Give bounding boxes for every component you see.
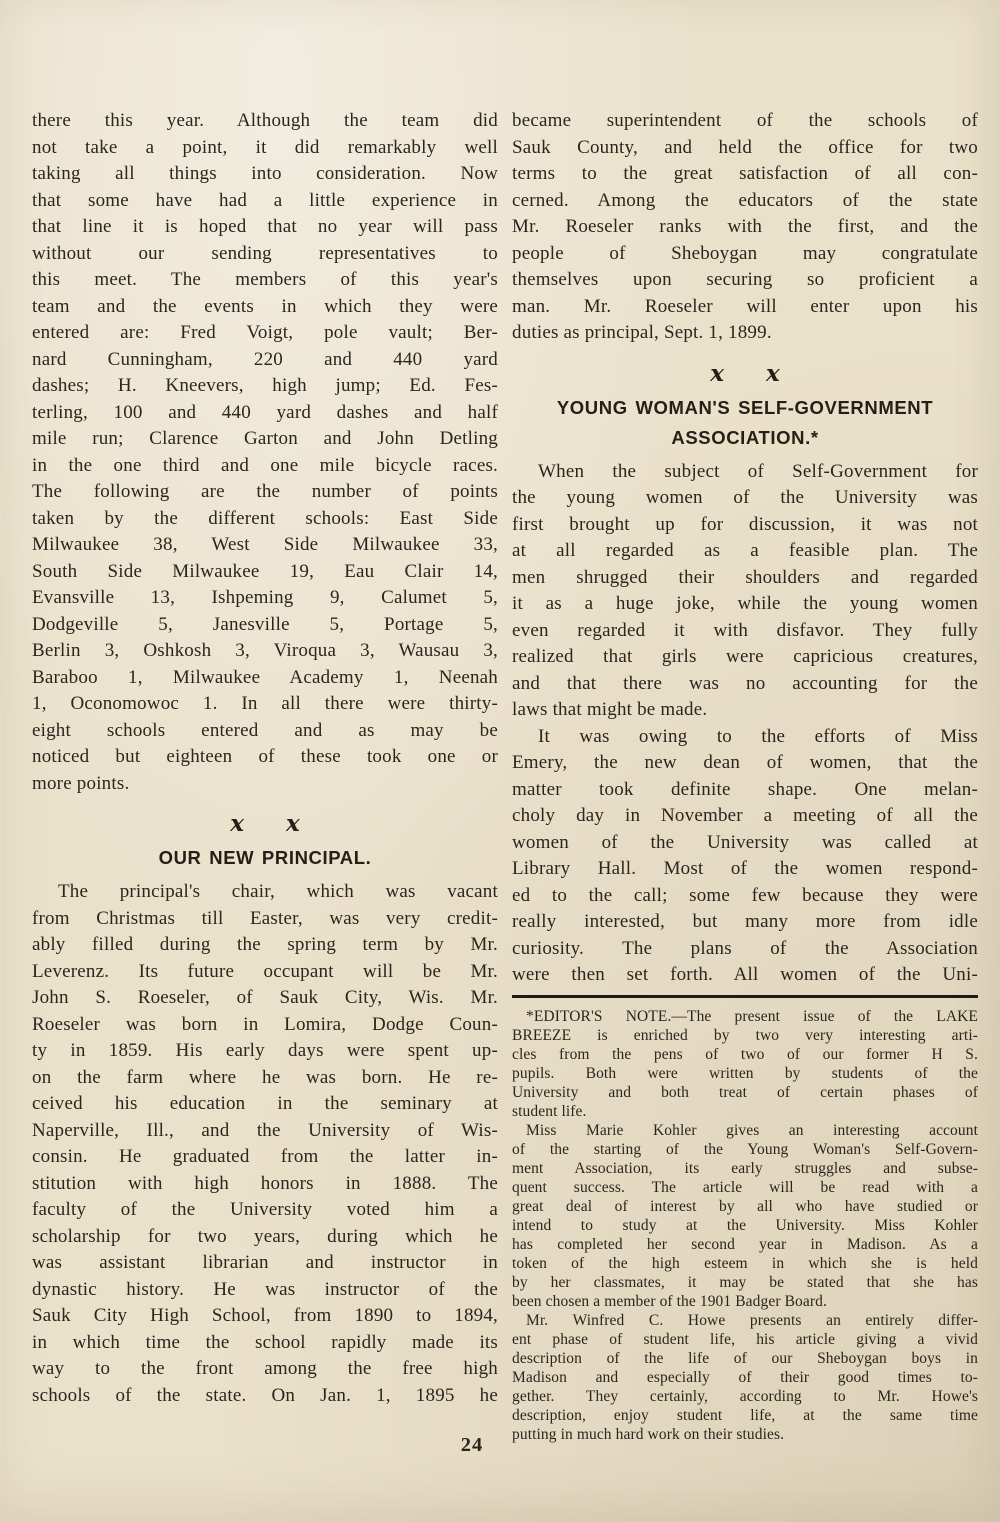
text-line: that line it is hoped that no year will … <box>32 214 498 241</box>
text-line: people of Sheboygan may congratulate <box>512 241 978 268</box>
text-line: Berlin 3, Oshkosh 3, Viroqua 3, Wausau 3… <box>32 638 498 665</box>
page-number: 24 <box>452 1434 492 1457</box>
text-line: stitution with high honors in 1888. The <box>32 1171 498 1198</box>
text-line: that some have had a little experience i… <box>32 188 498 215</box>
footnote-paragraph: Mr. Winfred C. Howe presents an entirely… <box>512 1311 978 1444</box>
text-line: consin. He graduated from the latter in- <box>32 1144 498 1171</box>
text-line: has completed her second year in Madison… <box>512 1235 978 1254</box>
text-line: Baraboo 1, Milwaukee Academy 1, Neenah <box>32 665 498 692</box>
text-line: men shrugged their shoulders and regarde… <box>512 565 978 592</box>
text-line: without our sending representatives to <box>32 241 498 268</box>
text-line: nard Cunningham, 220 and 440 yard <box>32 347 498 374</box>
text-line: *EDITOR'S NOTE.—The present issue of the… <box>512 1007 978 1026</box>
text-line: team and the events in which they were <box>32 294 498 321</box>
text-line: Naperville, Ill., and the University of … <box>32 1118 498 1145</box>
text-line: pupils. Both were written by students of… <box>512 1064 978 1083</box>
footnote-separator-rule <box>512 995 978 998</box>
text-line: there this year. Although the team did <box>32 108 498 135</box>
text-line: Sauk City High School, from 1890 to 1894… <box>32 1303 498 1330</box>
text-line: at all regarded as a feasible plan. The <box>512 538 978 565</box>
left-column: there this year. Although the team didno… <box>32 108 498 1409</box>
body-paragraph: The principal's chair, which was vacantf… <box>32 879 498 1409</box>
body-paragraph: When the subject of Self-Government fort… <box>512 459 978 724</box>
text-line: became superintendent of the schools of <box>512 108 978 135</box>
text-line: scholarship for two years, during which … <box>32 1224 498 1251</box>
text-line: first brought up for discussion, it was … <box>512 512 978 539</box>
text-line: description, enjoy student life, at the … <box>512 1406 978 1425</box>
text-line: on the farm where he was born. He re- <box>32 1065 498 1092</box>
text-line: in which time the school rapidly made it… <box>32 1330 498 1357</box>
text-line: from Christmas till Easter, was very cre… <box>32 906 498 933</box>
body-paragraph: It was owing to the efforts of MissEmery… <box>512 724 978 989</box>
text-line: Sauk County, and held the office for two <box>512 135 978 162</box>
text-line: curiosity. The plans of the Association <box>512 936 978 963</box>
text-line: schools of the state. On Jan. 1, 1895 he <box>32 1383 498 1410</box>
text-line: ment Association, its early struggles an… <box>512 1159 978 1178</box>
text-line: was assistant librarian and instructor i… <box>32 1250 498 1277</box>
heading-line: OUR NEW PRINCIPAL. <box>32 843 498 873</box>
text-line: mile run; Clarence Garton and John Detli… <box>32 426 498 453</box>
text-line: Madison and especially of their good tim… <box>512 1368 978 1387</box>
text-line: and that there was no accounting for the <box>512 671 978 698</box>
text-line: ceived his education in the seminary at <box>32 1091 498 1118</box>
text-line: student life. <box>512 1102 978 1121</box>
text-line: 1, Oconomowoc 1. In all there were thirt… <box>32 691 498 718</box>
text-line: Library Hall. Most of the women respond- <box>512 856 978 883</box>
text-line: choly day in November a meeting of all t… <box>512 803 978 830</box>
text-line: more points. <box>32 771 498 798</box>
text-line: putting in much hard work on their studi… <box>512 1425 978 1444</box>
text-line: quent success. The article will be read … <box>512 1178 978 1197</box>
text-line: Leverenz. Its future occupant will be Mr… <box>32 959 498 986</box>
text-line: it as a huge joke, while the young women <box>512 591 978 618</box>
text-line: ent phase of student life, his article g… <box>512 1330 978 1349</box>
text-line: entered are: Fred Voigt, pole vault; Ber… <box>32 320 498 347</box>
text-line: ed to the call; some few because they we… <box>512 883 978 910</box>
text-line: Miss Marie Kohler gives an interesting a… <box>512 1121 978 1140</box>
text-line: Milwaukee 38, West Side Milwaukee 33, <box>32 532 498 559</box>
text-line: Mr. Winfred C. Howe presents an entirely… <box>512 1311 978 1330</box>
text-line: taking all things into consideration. No… <box>32 161 498 188</box>
text-line: man. Mr. Roeseler will enter upon his <box>512 294 978 321</box>
text-line: even regarded it with disfavor. They ful… <box>512 618 978 645</box>
text-line: gether. They certainly, according to Mr.… <box>512 1387 978 1406</box>
text-line: been chosen a member of the 1901 Badger … <box>512 1292 978 1311</box>
text-line: dynastic history. He was instructor of t… <box>32 1277 498 1304</box>
text-line: matter took definite shape. One melan- <box>512 777 978 804</box>
text-line: of the starting of the Young Woman's Sel… <box>512 1140 978 1159</box>
text-line: by her classmates, it may be stated that… <box>512 1273 978 1292</box>
text-line: Evansville 13, Ishpeming 9, Calumet 5, <box>32 585 498 612</box>
text-line: really interested, but many more from id… <box>512 909 978 936</box>
scanned-magazine-page: there this year. Although the team didno… <box>0 0 1000 1522</box>
text-line: ty in 1859. His early days were spent up… <box>32 1038 498 1065</box>
text-line: eight schools entered and as may be <box>32 718 498 745</box>
section-heading: OUR NEW PRINCIPAL. <box>32 843 498 873</box>
text-line: faculty of the University voted him a <box>32 1197 498 1224</box>
text-line: not take a point, it did remarkably well <box>32 135 498 162</box>
heading-line: YOUNG WOMAN'S SELF-GOVERNMENT <box>512 393 978 423</box>
text-line: taken by the different schools: East Sid… <box>32 506 498 533</box>
section-heading: YOUNG WOMAN'S SELF-GOVERNMENTASSOCIATION… <box>512 393 978 453</box>
text-line: laws that might be made. <box>512 697 978 724</box>
text-line: description of the life of our Sheboygan… <box>512 1349 978 1368</box>
text-line: Roeseler was born in Lomira, Dodge Coun- <box>32 1012 498 1039</box>
text-line: The following are the number of points <box>32 479 498 506</box>
text-line: noticed but eighteen of these took one o… <box>32 744 498 771</box>
body-paragraph: became superintendent of the schools ofS… <box>512 108 978 347</box>
text-line: Mr. Roeseler ranks with the first, and t… <box>512 214 978 241</box>
right-column: became superintendent of the schools ofS… <box>512 108 978 1444</box>
text-line: the young women of the University was <box>512 485 978 512</box>
body-paragraph: there this year. Although the team didno… <box>32 108 498 797</box>
text-line: It was owing to the efforts of Miss <box>512 724 978 751</box>
text-line: in the one third and one mile bicycle ra… <box>32 453 498 480</box>
text-line: themselves upon securing so proficient a <box>512 267 978 294</box>
footnote-paragraph: Miss Marie Kohler gives an interesting a… <box>512 1121 978 1311</box>
text-line: South Side Milwaukee 19, Eau Clair 14, <box>32 559 498 586</box>
text-line: The principal's chair, which was vacant <box>32 879 498 906</box>
text-line: terms to the great satisfaction of all c… <box>512 161 978 188</box>
text-line: When the subject of Self-Government for <box>512 459 978 486</box>
text-line: Dodgeville 5, Janesville 5, Portage 5, <box>32 612 498 639</box>
text-line: ably filled during the spring term by Mr… <box>32 932 498 959</box>
text-line: women of the University was called at <box>512 830 978 857</box>
text-line: were then set forth. All women of the Un… <box>512 962 978 989</box>
text-line: BREEZE is enriched by two very interesti… <box>512 1026 978 1045</box>
text-line: cles from the pens of two of our former … <box>512 1045 978 1064</box>
text-line: token of the high esteem in which she is… <box>512 1254 978 1273</box>
text-line: intend to study at the University. Miss … <box>512 1216 978 1235</box>
section-divider-ornament: x x <box>32 807 498 841</box>
footnote-paragraph: *EDITOR'S NOTE.—The present issue of the… <box>512 1007 978 1121</box>
text-line: way to the front among the free high <box>32 1356 498 1383</box>
text-line: cerned. Among the educators of the state <box>512 188 978 215</box>
text-line: Emery, the new dean of women, that the <box>512 750 978 777</box>
text-line: dashes; H. Kneevers, high jump; Ed. Fes- <box>32 373 498 400</box>
text-line: terling, 100 and 440 yard dashes and hal… <box>32 400 498 427</box>
text-line: this meet. The members of this year's <box>32 267 498 294</box>
text-line: realized that girls were capricious crea… <box>512 644 978 671</box>
text-line: duties as principal, Sept. 1, 1899. <box>512 320 978 347</box>
section-divider-ornament: x x <box>512 357 978 391</box>
heading-line: ASSOCIATION.* <box>512 423 978 453</box>
text-line: University and both treat of certain pha… <box>512 1083 978 1102</box>
text-line: John S. Roeseler, of Sauk City, Wis. Mr. <box>32 985 498 1012</box>
text-line: great deal of interest by all who have s… <box>512 1197 978 1216</box>
